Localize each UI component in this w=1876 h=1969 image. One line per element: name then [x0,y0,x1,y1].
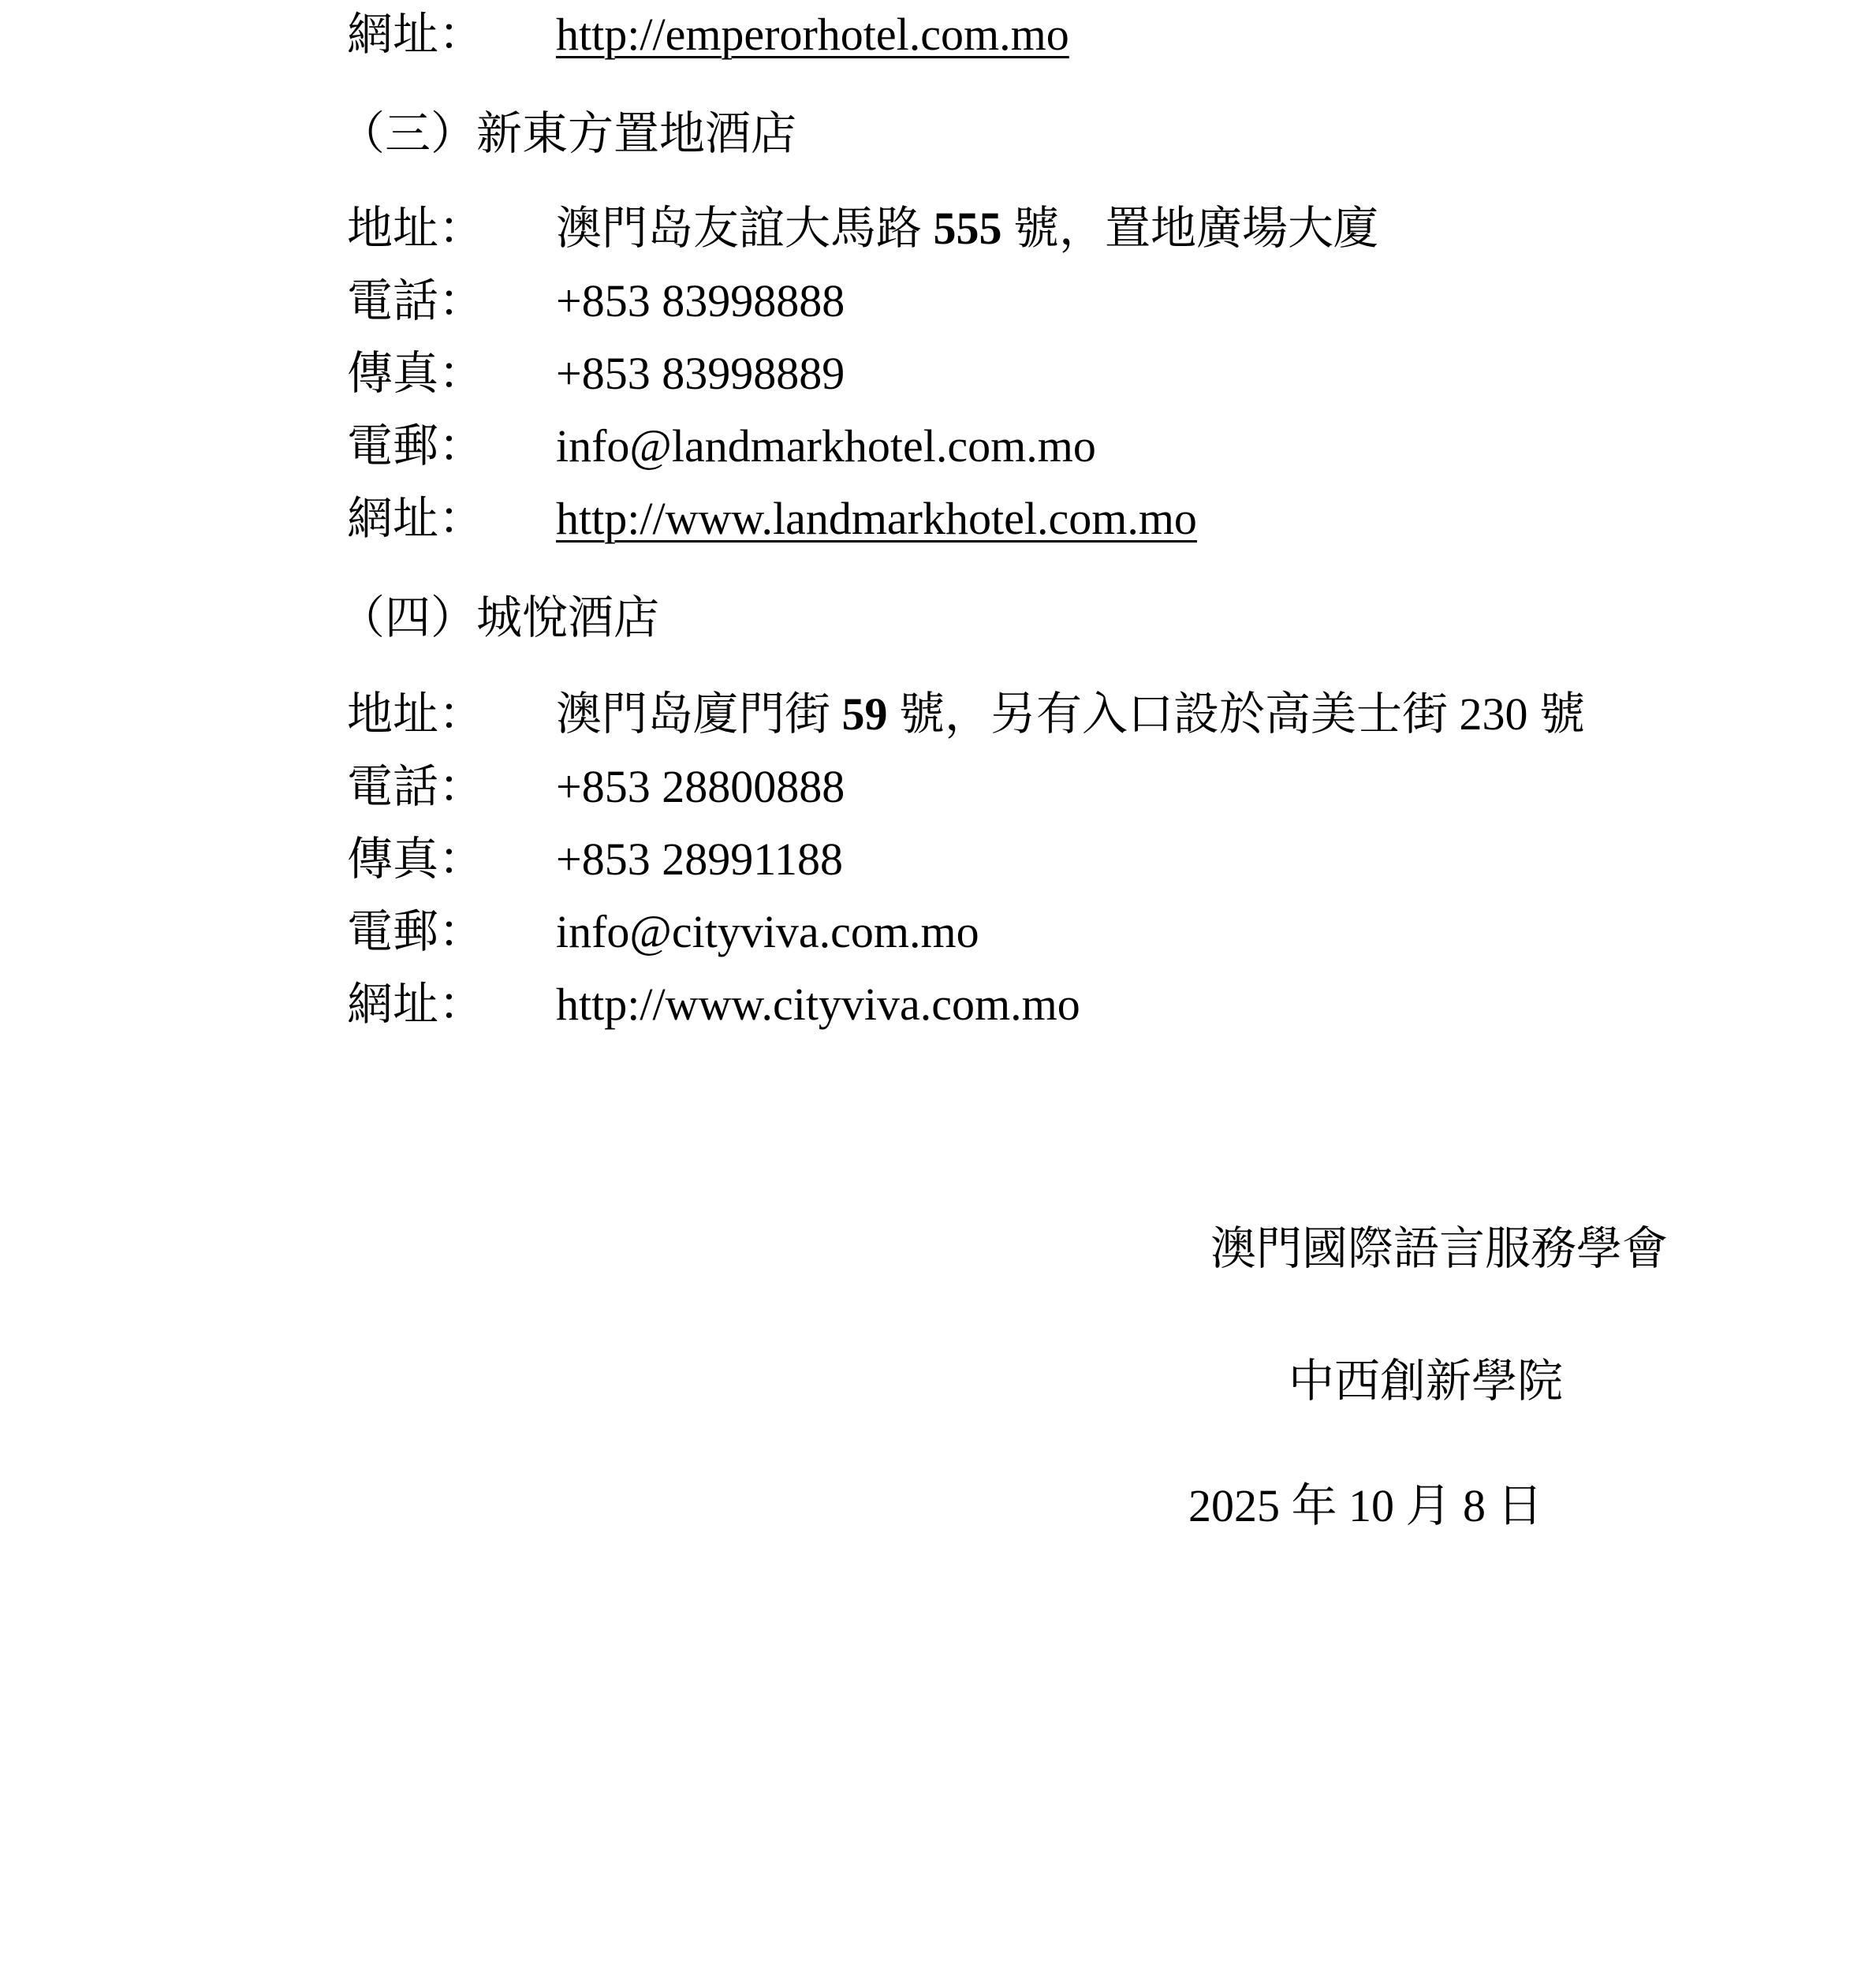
cityviva-fax-row: 傳真： +853 28991188 [347,831,843,889]
address-number: 555 [934,203,1002,254]
website-label: 網址： [347,976,556,1034]
cityviva-fax-value: +853 28991188 [556,831,843,889]
phone-label: 電話： [347,759,556,816]
landmark-phone-row: 電話： +853 83998888 [347,273,845,330]
landmark-email-row: 電郵： info@landmarkhotel.com.mo [347,418,1096,475]
landmark-website-link[interactable]: http://www.landmarkhotel.com.mo [556,490,1197,548]
email-label: 電郵： [347,904,556,961]
signature-college: 中西創新學院 [1289,1353,1563,1411]
address-pre: 澳門岛廈門街 [556,688,842,740]
website-label: 網址： [347,490,556,548]
website-label: 網址： [347,6,556,64]
signature-date: 2025 年 10 月 8 日 [1188,1478,1543,1535]
signature-organization: 澳門國際語言服務學會 [1210,1221,1668,1278]
cityviva-email-row: 電郵： info@cityviva.com.mo [347,904,979,961]
landmark-website-row: 網址： http://www.landmarkhotel.com.mo [347,490,1197,548]
landmark-fax-row: 傳真： +853 83998889 [347,345,845,403]
cityviva-website-row: 網址： http://www.cityviva.com.mo [347,976,1080,1034]
cityviva-phone-row: 電話： +853 28800888 [347,759,845,816]
section4-heading: （四）城悅酒店 [339,590,659,647]
cityviva-email-value: info@cityviva.com.mo [556,904,979,961]
address-post: 號，另有入口設於高美士街 230 號 [888,688,1586,740]
address-pre: 澳門岛友誼大馬路 [556,203,934,254]
landmark-address-value: 澳門岛友誼大馬路 555 號，置地廣場大廈 [556,200,1379,258]
landmark-address-row: 地址： 澳門岛友誼大馬路 555 號，置地廣場大廈 [347,200,1379,258]
fax-label: 傳真： [347,345,556,403]
address-post: 號，置地廣場大廈 [1002,203,1380,254]
cityviva-address-row: 地址： 澳門岛廈門街 59 號，另有入口設於高美士街 230 號 [347,686,1585,744]
document-page: 網址： http://emperorhotel.com.mo （三）新東方置地酒… [0,0,1876,1969]
cityviva-address-value: 澳門岛廈門街 59 號，另有入口設於高美士街 230 號 [556,686,1585,744]
cityviva-phone-value: +853 28800888 [556,759,845,816]
phone-label: 電話： [347,273,556,330]
address-number: 59 [842,688,888,740]
address-label: 地址： [347,200,556,258]
landmark-fax-value: +853 83998889 [556,345,845,403]
cityviva-website-value: http://www.cityviva.com.mo [556,976,1080,1034]
emperor-website-link[interactable]: http://emperorhotel.com.mo [556,6,1069,64]
address-label: 地址： [347,686,556,744]
email-label: 電郵： [347,418,556,475]
fax-label: 傳真： [347,831,556,889]
landmark-email-value: info@landmarkhotel.com.mo [556,418,1096,475]
emperor-website-row: 網址： http://emperorhotel.com.mo [347,6,1069,64]
landmark-phone-value: +853 83998888 [556,273,845,330]
section3-heading: （三）新東方置地酒店 [339,106,796,163]
